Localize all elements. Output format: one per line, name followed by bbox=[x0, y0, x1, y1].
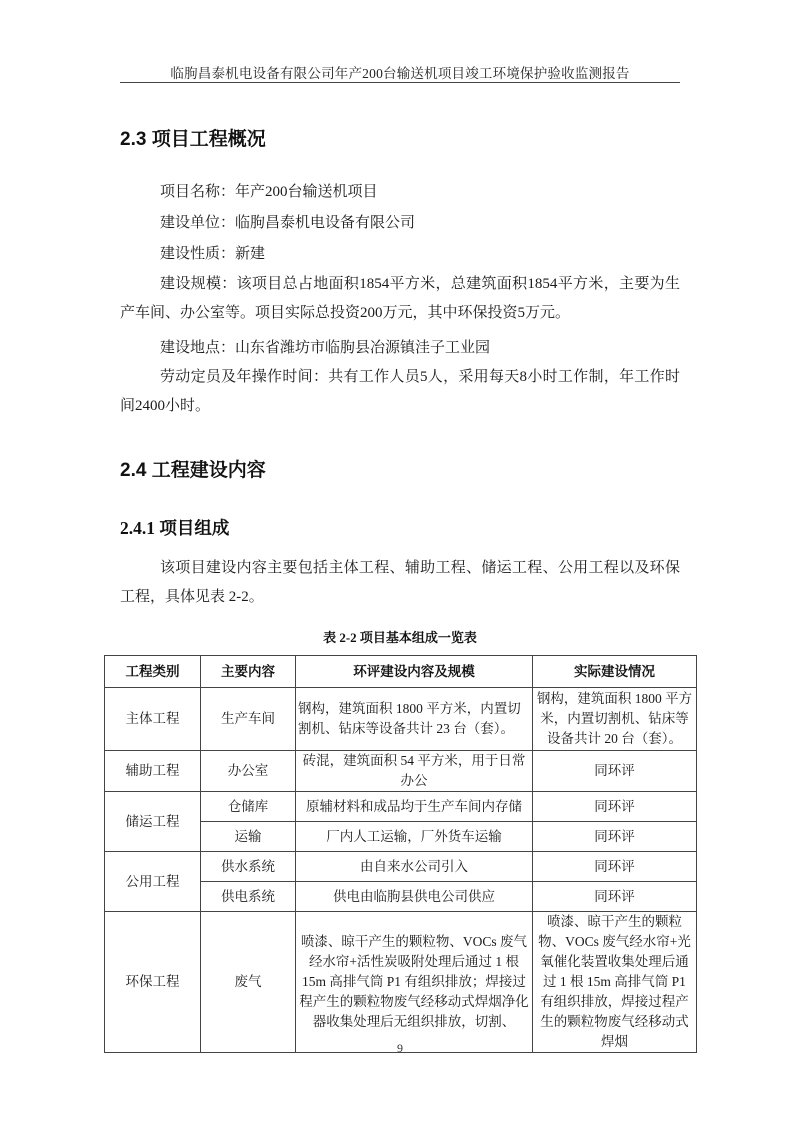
cell-item: 运输 bbox=[201, 822, 296, 852]
project-name: 项目名称：年产200台输送机项目 bbox=[160, 180, 378, 201]
cell-category: 储运工程 bbox=[105, 792, 201, 852]
cell-item: 供电系统 bbox=[201, 882, 296, 912]
cell-item: 仓储库 bbox=[201, 792, 296, 822]
cell-eia: 钢构，建筑面积 1800 平方米，内置切割机、钻床等设备共计 23 台（套）。 bbox=[296, 688, 533, 751]
construction-unit: 建设单位：临朐昌泰机电设备有限公司 bbox=[160, 211, 415, 232]
table-row: 储运工程 仓储库 原辅材料和成品均于生产车间内存储 同环评 bbox=[105, 792, 697, 822]
staffing-hours: 劳动定员及年操作时间：共有工作人员5人，采用每天8小时工作制，年工作时间2400… bbox=[120, 363, 680, 421]
construction-location: 建设地点：山东省潍坊市临朐县冶源镇洼子工业园 bbox=[160, 336, 490, 357]
table-row: 辅助工程 办公室 砖混，建筑面积 54 平方米，用于日常办公 同环评 bbox=[105, 751, 697, 792]
column-header: 环评建设内容及规模 bbox=[296, 656, 533, 688]
cell-actual: 同环评 bbox=[533, 792, 697, 822]
section-heading-2-4-1: 2.4.1 项目组成 bbox=[120, 515, 229, 540]
page-number: 9 bbox=[0, 1041, 800, 1056]
table-row: 公用工程 供水系统 由自来水公司引入 同环评 bbox=[105, 852, 697, 882]
cell-eia: 厂内人工运输，厂外货车运输 bbox=[296, 822, 533, 852]
column-header: 主要内容 bbox=[201, 656, 296, 688]
column-header: 实际建设情况 bbox=[533, 656, 697, 688]
composition-intro: 该项目建设内容主要包括主体工程、辅助工程、储运工程、公用工程以及环保工程，具体见… bbox=[120, 554, 680, 612]
cell-category: 主体工程 bbox=[105, 688, 201, 751]
cell-item: 生产车间 bbox=[201, 688, 296, 751]
construction-nature: 建设性质：新建 bbox=[160, 242, 265, 263]
cell-actual: 同环评 bbox=[533, 852, 697, 882]
cell-eia: 喷漆、晾干产生的颗粒物、VOCs 废气经水帘+活性炭吸附处理后通过 1 根 15… bbox=[296, 912, 533, 1053]
cell-category: 环保工程 bbox=[105, 912, 201, 1053]
cell-category: 辅助工程 bbox=[105, 751, 201, 792]
table-row: 主体工程 生产车间 钢构，建筑面积 1800 平方米，内置切割机、钻床等设备共计… bbox=[105, 688, 697, 751]
table-caption: 表 2-2 项目基本组成一览表 bbox=[104, 627, 696, 646]
cell-eia: 砖混，建筑面积 54 平方米，用于日常办公 bbox=[296, 751, 533, 792]
cell-eia: 原辅材料和成品均于生产车间内存储 bbox=[296, 792, 533, 822]
cell-item: 办公室 bbox=[201, 751, 296, 792]
header-divider bbox=[120, 82, 680, 83]
cell-actual: 同环评 bbox=[533, 882, 697, 912]
table-header-row: 工程类别 主要内容 环评建设内容及规模 实际建设情况 bbox=[105, 656, 697, 688]
cell-eia: 由自来水公司引入 bbox=[296, 852, 533, 882]
section-heading-2-3: 2.3 项目工程概况 bbox=[120, 124, 266, 151]
cell-actual: 同环评 bbox=[533, 751, 697, 792]
cell-actual: 同环评 bbox=[533, 822, 697, 852]
section-heading-2-4: 2.4 工程建设内容 bbox=[120, 455, 266, 482]
cell-item: 供水系统 bbox=[201, 852, 296, 882]
project-composition-table: 工程类别 主要内容 环评建设内容及规模 实际建设情况 主体工程 生产车间 钢构，… bbox=[104, 655, 697, 1053]
cell-eia: 供电由临朐县供电公司供应 bbox=[296, 882, 533, 912]
report-title: 临朐昌泰机电设备有限公司年产200台输送机项目竣工环境保护验收监测报告 bbox=[120, 62, 680, 82]
construction-scale: 建设规模：该项目总占地面积1854平方米，总建筑面积1854平方米，主要为生产车… bbox=[120, 270, 680, 328]
cell-category: 公用工程 bbox=[105, 852, 201, 912]
column-header: 工程类别 bbox=[105, 656, 201, 688]
table-row: 环保工程 废气 喷漆、晾干产生的颗粒物、VOCs 废气经水帘+活性炭吸附处理后通… bbox=[105, 912, 697, 1053]
cell-actual: 喷漆、晾干产生的颗粒物、VOCs 废气经水帘+光氧催化装置收集处理后通过 1 根… bbox=[533, 912, 697, 1053]
cell-item: 废气 bbox=[201, 912, 296, 1053]
cell-actual: 钢构，建筑面积 1800 平方米，内置切割机、钻床等设备共计 20 台（套）。 bbox=[533, 688, 697, 751]
